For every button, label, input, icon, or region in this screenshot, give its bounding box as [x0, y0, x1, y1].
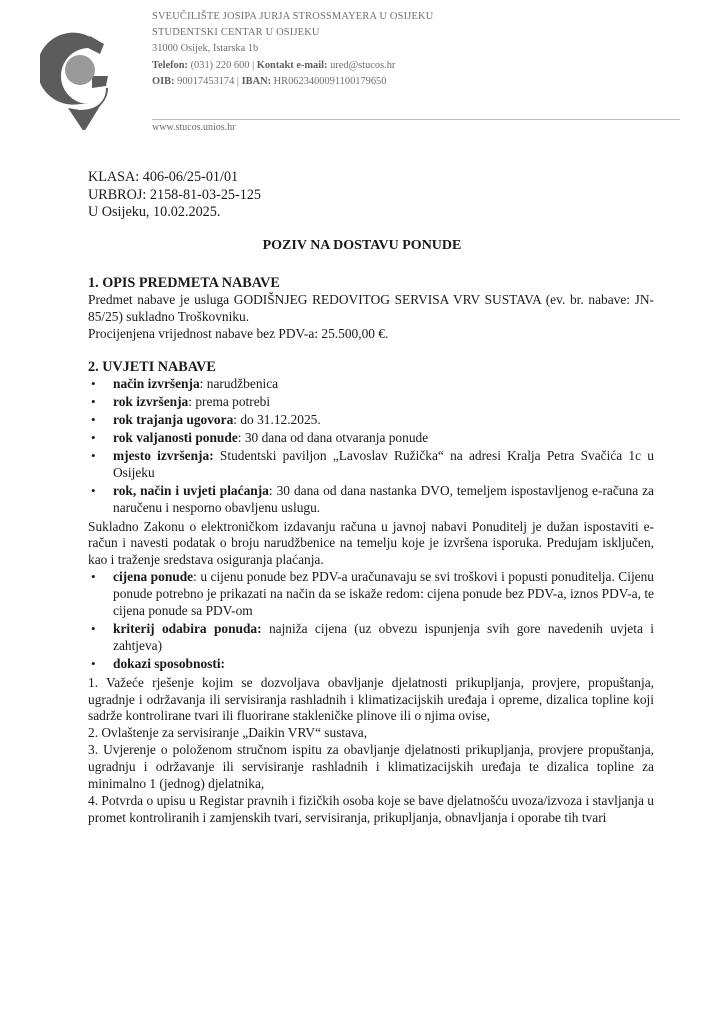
section1-paragraph: Predmet nabave je usluga GODIŠNJEG REDOV…: [88, 292, 654, 326]
klasa: KLASA: 406-06/25-01/01: [88, 169, 261, 187]
address: 31000 Osijek, Istarska 1b: [152, 41, 433, 57]
letterhead: SVEUČILIŠTE JOSIPA JURJA STROSSMAYERA U …: [152, 9, 433, 90]
list-item: način izvršenja: narudžbenica: [88, 376, 654, 393]
conditions-list-2: cijena ponude: u cijenu ponude bez PDV-a…: [88, 569, 654, 673]
institution-name: SVEUČILIŠTE JOSIPA JURJA STROSSMAYERA U …: [152, 9, 433, 25]
list-item: rok, način i uvjeti plaćanja: 30 dana od…: [88, 483, 654, 517]
section2-heading: 2. UVJETI NABAVE: [88, 359, 654, 376]
list-item: mjesto izvršenja: Studentski paviljon „L…: [88, 448, 654, 482]
document-meta: KLASA: 406-06/25-01/01 URBROJ: 2158-81-0…: [88, 169, 261, 222]
list-item: kriterij odabira ponuda: najniža cijena …: [88, 621, 654, 655]
estimated-value: Procijenjena vrijednost nabave bez PDV-a…: [88, 326, 654, 343]
email-label: Kontakt e-mail:: [257, 60, 328, 71]
list-item: rok trajanja ugovora: do 31.12.2025.: [88, 412, 654, 429]
evidence-item-4: 4. Potvrda o upisu u Registar pravnih i …: [88, 793, 654, 827]
document-title: POZIV NA DOSTAVU PONUDE: [0, 238, 724, 254]
list-item: dokazi sposobnosti:: [88, 656, 654, 673]
sc-location-pin-logo-icon: [40, 30, 120, 130]
einvoice-paragraph: Sukladno Zakonu o elektroničkom izdavanj…: [88, 519, 654, 570]
evidence-item-2: 2. Ovlaštenje za servisiranje „Daikin VR…: [88, 725, 654, 742]
phone-label: Telefon:: [152, 60, 188, 71]
evidence-item-3: 3. Uvjerenje o položenom stručnom ispitu…: [88, 742, 654, 793]
phone: (031) 220 600: [191, 60, 250, 71]
organization-name: STUDENTSKI CENTAR U OSIJEKU: [152, 25, 433, 41]
separator: |: [252, 60, 254, 71]
urbroj: URBROJ: 2158-81-03-25-125: [88, 187, 261, 205]
separator: |: [237, 76, 239, 87]
stucos-logo: [40, 30, 120, 130]
list-item: rok valjanosti ponude: 30 dana od dana o…: [88, 430, 654, 447]
oib-label: OIB:: [152, 76, 175, 87]
iban-label: IBAN:: [242, 76, 271, 87]
document-body: 1. OPIS PREDMETA NABAVE Predmet nabave j…: [88, 275, 654, 827]
email: ured@stucos.hr: [330, 60, 395, 71]
website: www.stucos.unios.hr: [152, 122, 236, 133]
conditions-list: način izvršenja: narudžbenica rok izvrše…: [88, 376, 654, 518]
place-date: U Osijeku, 10.02.2025.: [88, 204, 261, 222]
iban: HR0623400091100179650: [274, 76, 387, 87]
evidence-item-1: 1. Važeće rješenje kojim se dozvoljava o…: [88, 675, 654, 726]
list-item: rok izvršenja: prema potrebi: [88, 394, 654, 411]
list-item: cijena ponude: u cijenu ponude bez PDV-a…: [88, 569, 654, 620]
section1-heading: 1. OPIS PREDMETA NABAVE: [88, 275, 654, 292]
oib: 90017453174: [177, 76, 234, 87]
contact-line: Telefon: (031) 220 600 | Kontakt e-mail:…: [152, 58, 433, 74]
registration-line: OIB: 90017453174 | IBAN: HR0623400091100…: [152, 74, 433, 90]
header-divider: [152, 119, 680, 120]
